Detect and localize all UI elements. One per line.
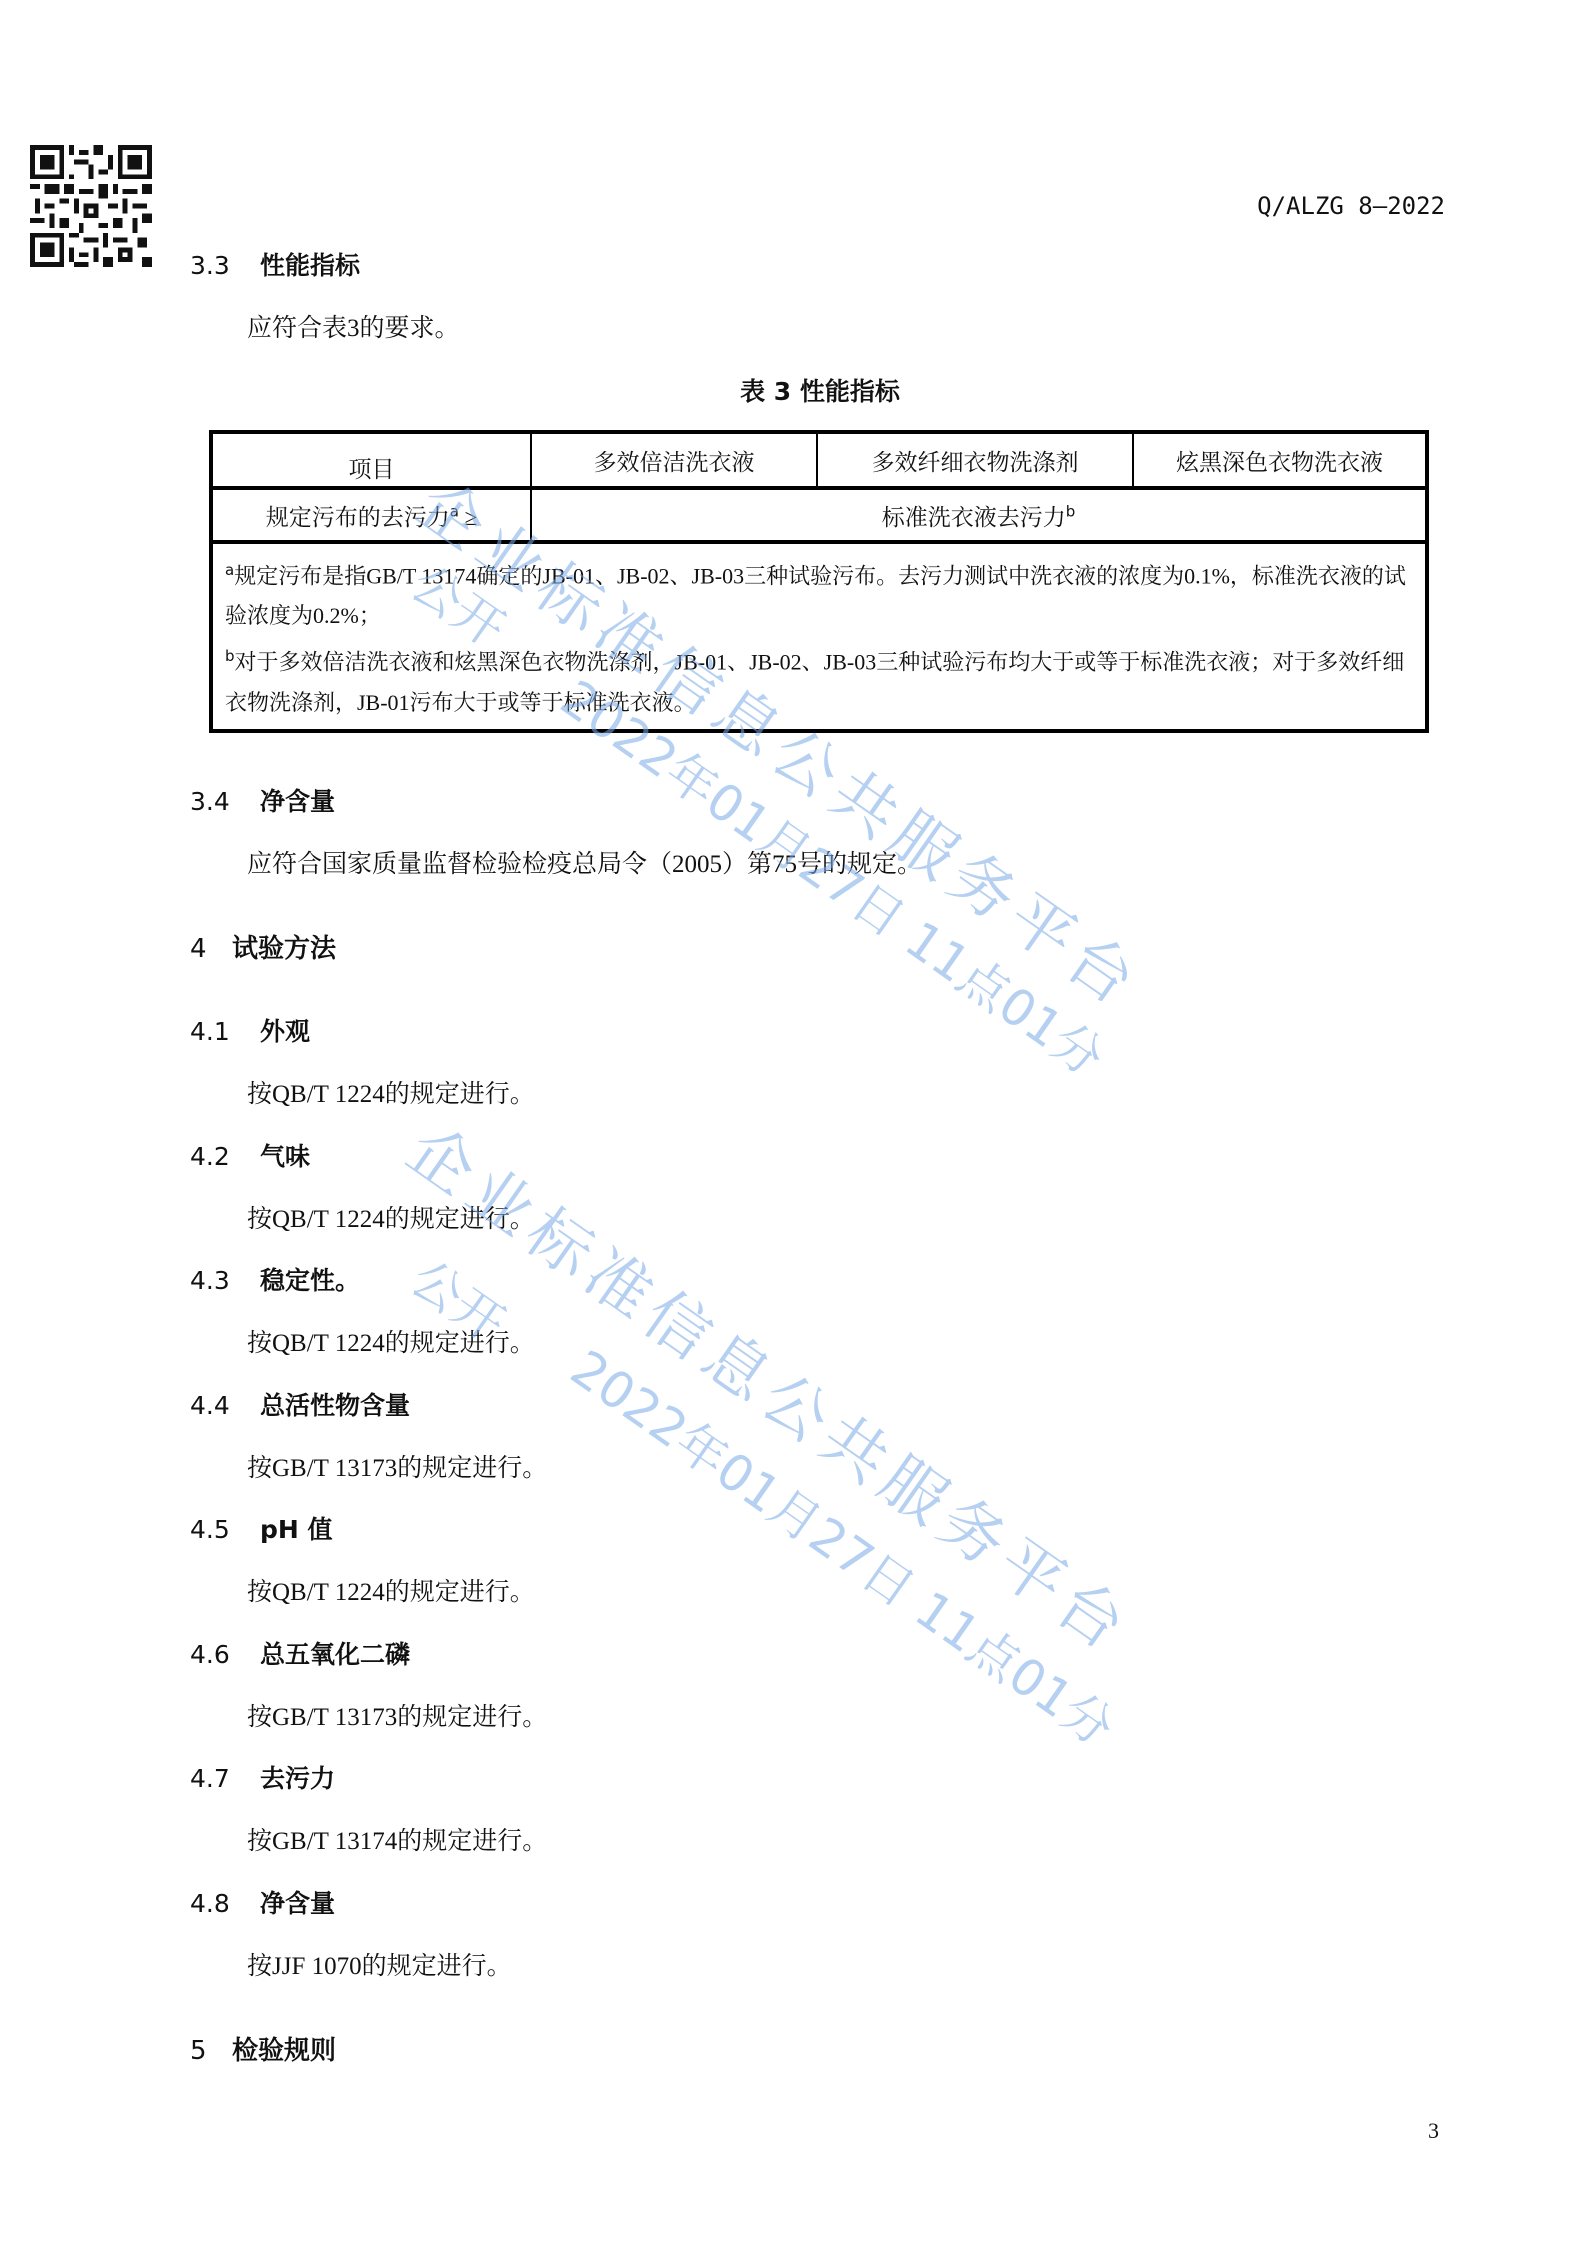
section-number: 4.1 [190, 1017, 260, 1046]
section-4-3-heading: 4.3稳定性。 [190, 1261, 360, 1297]
item-label: 规定污布的去污力 [266, 505, 450, 530]
section-4-2-heading: 4.2气味 [190, 1137, 310, 1173]
header-cell: 炫黑深色衣物洗衣液 [1133, 432, 1427, 488]
table-caption: 表 3 性能指标 [560, 372, 1080, 408]
table-note-b: b对于多效倍洁洗衣液和炫黑深色衣物洗涤剂，JB-01、JB-02、JB-03三种… [225, 636, 1417, 722]
section-number: 4.8 [190, 1889, 260, 1918]
section-title: 外观 [260, 1017, 310, 1046]
section-title: pH 值 [260, 1515, 333, 1544]
header-cell: 项目 [211, 432, 531, 488]
section-4-7-text: 按GB/T 13174的规定进行。 [247, 1821, 547, 1857]
header-cell: 多效倍洁洗衣液 [531, 432, 817, 488]
section-title: 检验规则 [232, 2036, 336, 2066]
section-4-4-heading: 4.4总活性物含量 [190, 1386, 410, 1422]
section-number: 3.3 [190, 251, 260, 280]
section-4-2-text: 按QB/T 1224的规定进行。 [247, 1199, 535, 1235]
value-cell: 标准洗衣液去污力b [531, 488, 1427, 542]
section-3-3-text: 应符合表3的要求。 [247, 308, 460, 344]
watermark-timestamp-text: 2022年01月27日 11点01分 [559, 1330, 1131, 1760]
footnote-mark: b [1066, 502, 1076, 520]
header-cell: 多效纤细衣物洗涤剂 [817, 432, 1133, 488]
section-4-3-text: 按QB/T 1224的规定进行。 [247, 1323, 535, 1359]
section-title: 总活性物含量 [260, 1391, 410, 1420]
section-title: 去污力 [260, 1764, 335, 1793]
section-4-1-text: 按QB/T 1224的规定进行。 [247, 1074, 535, 1110]
section-number: 4.3 [190, 1266, 260, 1295]
section-4-8-heading: 4.8净含量 [190, 1884, 335, 1920]
note-text: 对于多效倍洁洗衣液和炫黑深色衣物洗涤剂，JB-01、JB-02、JB-03三种试… [225, 650, 1404, 715]
section-number: 4.6 [190, 1640, 260, 1669]
notes-cell: a规定污布是指GB/T 13174确定的JB-01、JB-02、JB-03三种试… [211, 542, 1427, 731]
section-title: 性能指标 [260, 251, 360, 280]
section-number: 4.2 [190, 1142, 260, 1171]
page-number: 3 [1428, 2118, 1439, 2144]
section-4-heading: 4试验方法 [190, 928, 336, 965]
section-5-heading: 5检验规则 [190, 2030, 336, 2067]
section-title: 试验方法 [232, 934, 336, 964]
value-label: 标准洗衣液去污力 [882, 505, 1066, 530]
section-number: 4.4 [190, 1391, 260, 1420]
section-title: 稳定性。 [260, 1266, 360, 1295]
section-4-8-text: 按JJF 1070的规定进行。 [247, 1946, 512, 1982]
qr-code-icon [30, 145, 152, 267]
document-code: Q/ALZG 8—2022 [1240, 192, 1445, 220]
table-note-a: a规定污布是指GB/T 13174确定的JB-01、JB-02、JB-03三种试… [225, 550, 1417, 636]
footnote-mark: b [225, 647, 235, 665]
section-number: 5 [190, 2036, 232, 2066]
section-4-5-heading: 4.5pH 值 [190, 1510, 333, 1546]
comparison-sign: ≥ [459, 505, 477, 530]
section-3-3-heading: 3.3性能指标 [190, 246, 360, 282]
section-4-5-text: 按QB/T 1224的规定进行。 [247, 1572, 535, 1608]
section-title: 总五氧化二磷 [260, 1640, 410, 1669]
table-row: 规定污布的去污力a ≥ 标准洗衣液去污力b [211, 488, 1427, 542]
item-cell: 规定污布的去污力a ≥ [211, 488, 531, 542]
section-4-4-text: 按GB/T 13173的规定进行。 [247, 1448, 547, 1484]
note-text: 规定污布是指GB/T 13174确定的JB-01、JB-02、JB-03三种试验… [225, 563, 1406, 628]
section-title: 净含量 [260, 1889, 335, 1918]
footnote-mark: a [450, 502, 459, 520]
section-4-1-heading: 4.1外观 [190, 1012, 310, 1048]
footnote-mark: a [225, 561, 234, 579]
section-4-6-text: 按GB/T 13173的规定进行。 [247, 1697, 547, 1733]
section-3-4-heading: 3.4净含量 [190, 782, 335, 818]
section-title: 净含量 [260, 787, 335, 816]
section-4-6-heading: 4.6总五氧化二磷 [190, 1635, 410, 1671]
section-number: 3.4 [190, 787, 260, 816]
section-3-4-text: 应符合国家质量监督检验检疫总局令（2005）第75号的规定。 [247, 844, 922, 880]
performance-table: 项目 多效倍洁洗衣液 多效纤细衣物洗涤剂 炫黑深色衣物洗衣液 规定污布的去污力a… [209, 430, 1429, 733]
section-number: 4.7 [190, 1764, 260, 1793]
section-4-7-heading: 4.7去污力 [190, 1759, 335, 1795]
section-number: 4 [190, 934, 232, 964]
section-title: 气味 [260, 1142, 310, 1171]
table-notes-row: a规定污布是指GB/T 13174确定的JB-01、JB-02、JB-03三种试… [211, 542, 1427, 731]
table-header-row: 项目 多效倍洁洗衣液 多效纤细衣物洗涤剂 炫黑深色衣物洗衣液 [211, 432, 1427, 488]
section-number: 4.5 [190, 1515, 260, 1544]
